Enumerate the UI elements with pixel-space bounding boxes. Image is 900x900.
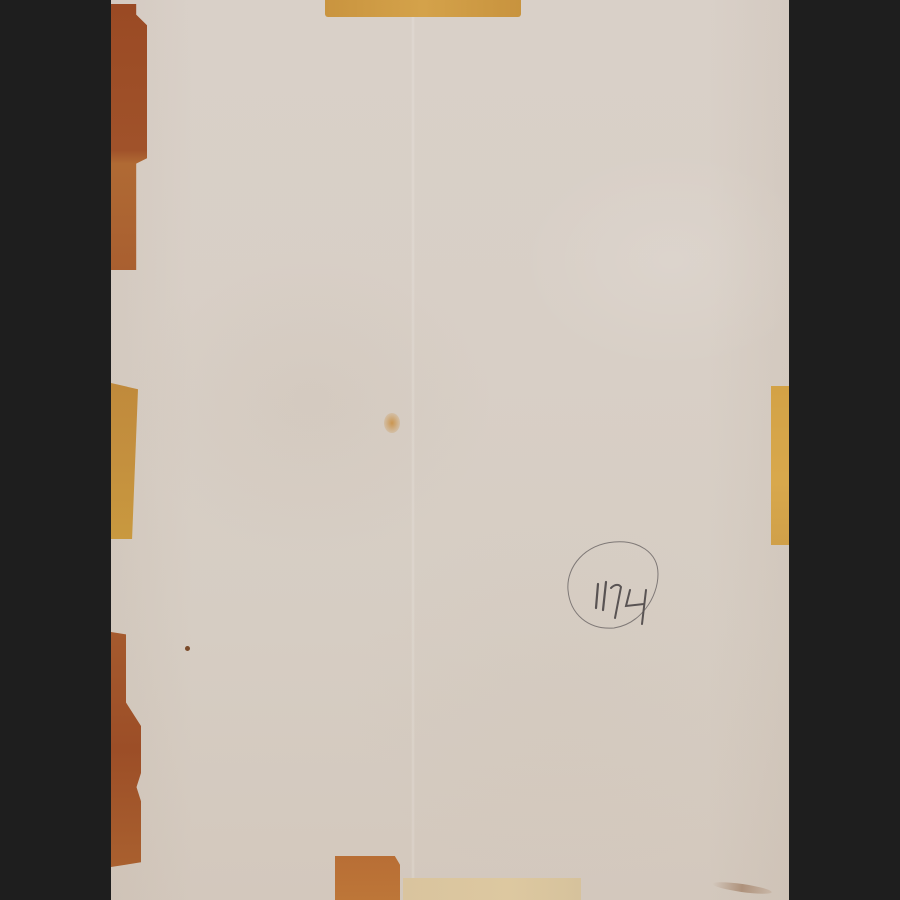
tape-right-middle [771,386,789,545]
tape-top-center [325,0,521,17]
stain-spot [384,413,400,433]
tape-bottom-center-dark [335,856,400,900]
pencil-inventory-number: 1174 [566,538,662,630]
inventory-number-text: 1174 [566,538,662,630]
dirt-speck [185,646,190,651]
paper-fold-crease [411,0,415,900]
photo-scene: 1174 [0,0,900,900]
tape-bottom-center-light [403,878,581,900]
paper-sheet [111,0,789,900]
